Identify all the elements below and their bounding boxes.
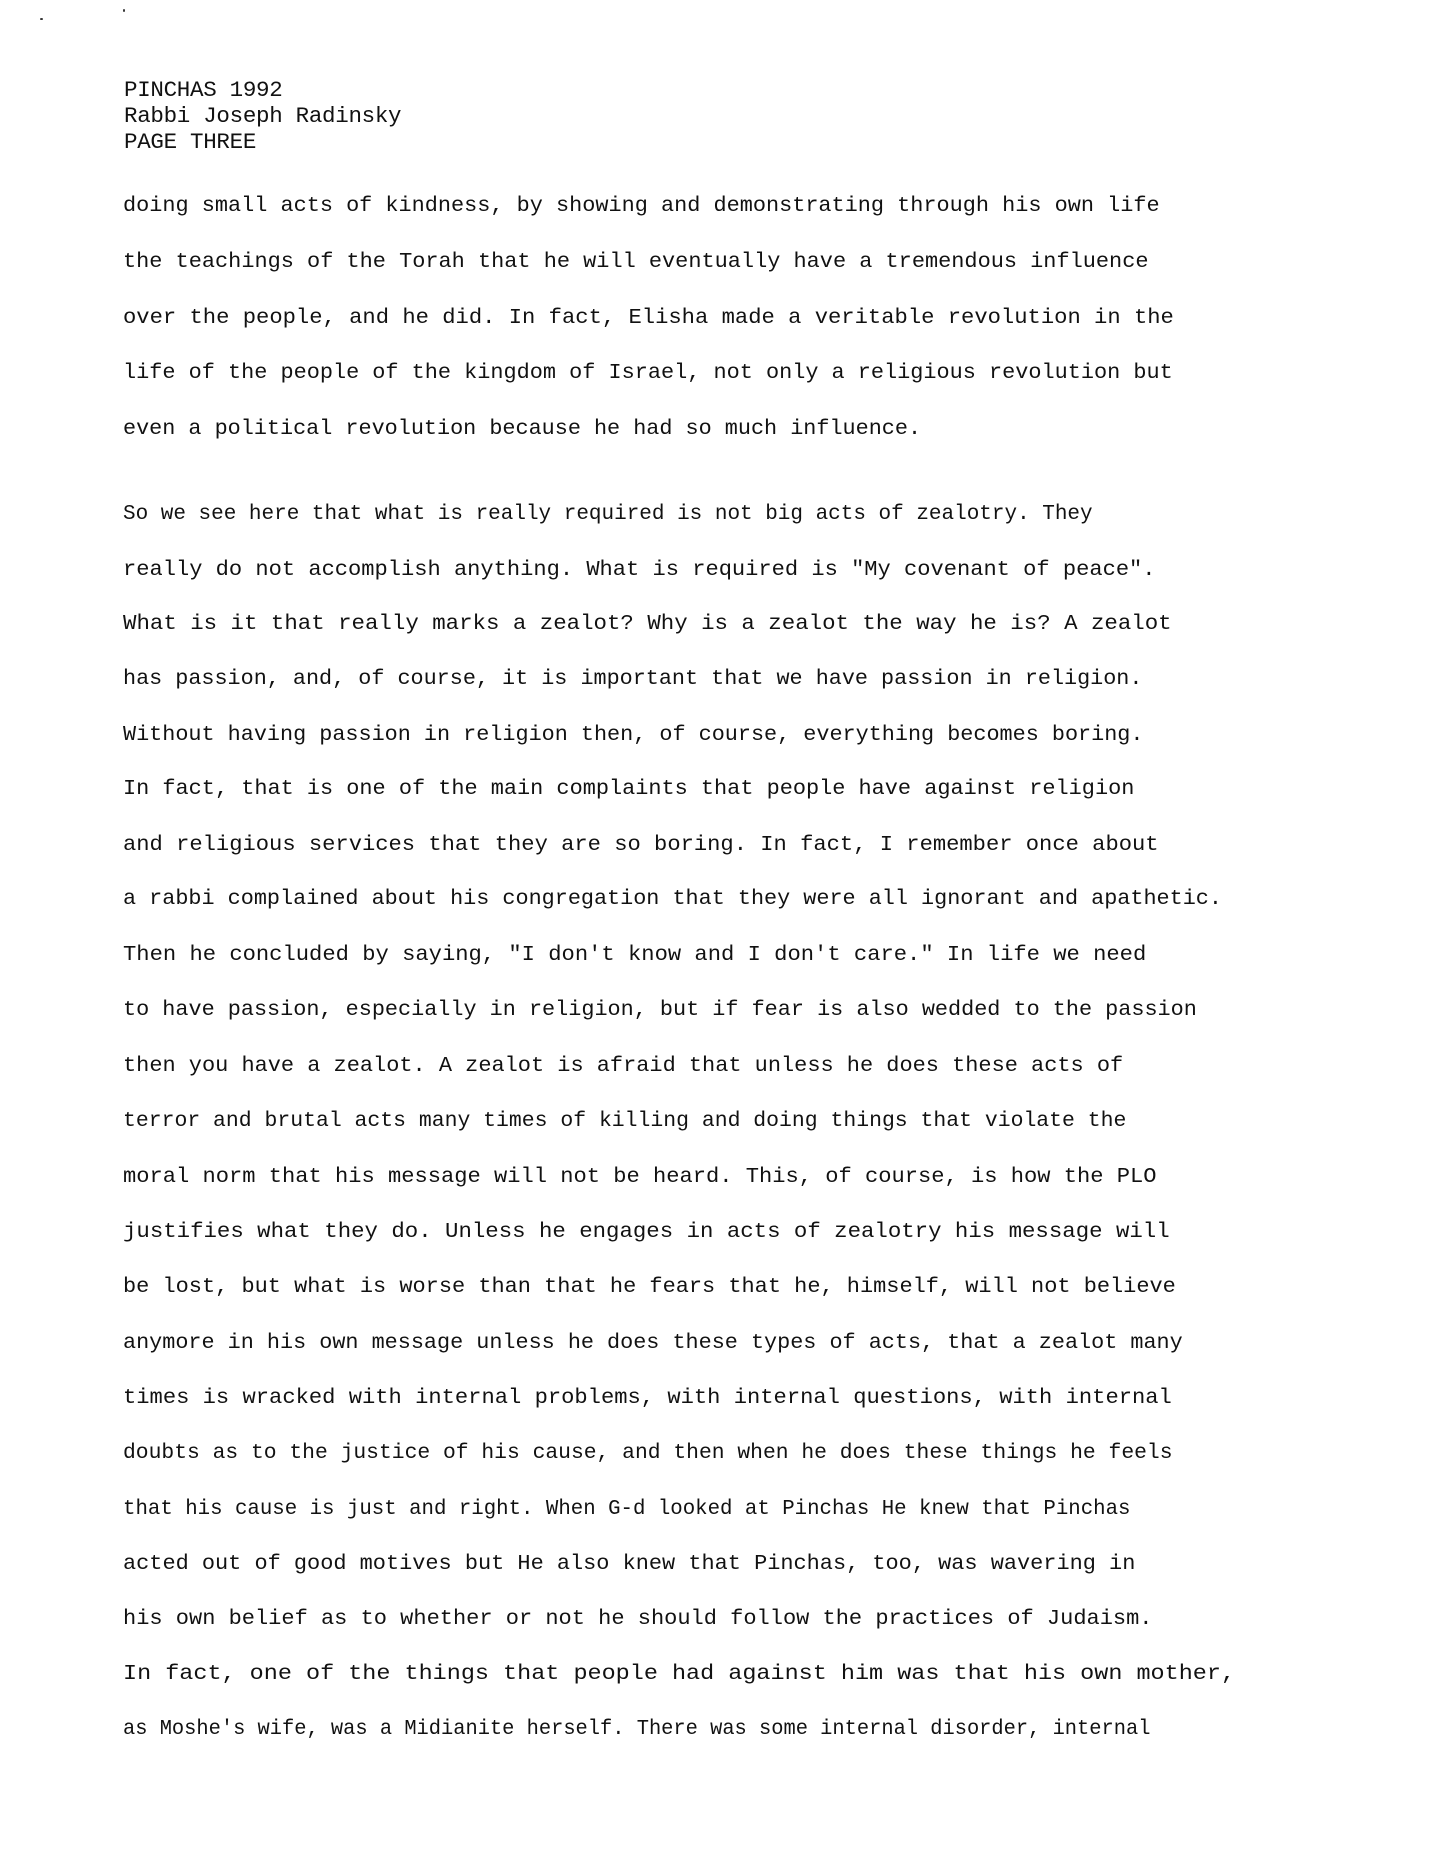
text-line: be lost, but what is worse than that he … xyxy=(123,1274,1176,1300)
text-line: In fact, one of the things that people h… xyxy=(123,1661,1235,1687)
text-line: life of the people of the kingdom of Isr… xyxy=(123,360,1173,386)
text-line: really do not accomplish anything. What … xyxy=(123,557,1156,583)
text-line: acted out of good motives but He also kn… xyxy=(123,1551,1135,1577)
document-page: PINCHAS 1992 Rabbi Joseph Radinsky PAGE … xyxy=(0,0,1430,1851)
text-line: then you have a zealot. A zealot is afra… xyxy=(123,1053,1123,1079)
text-line: What is it that really marks a zealot? W… xyxy=(123,611,1172,637)
text-line: Without having passion in religion then,… xyxy=(123,722,1143,748)
text-line: Then he concluded by saying, "I don't kn… xyxy=(123,942,1146,968)
text-line: his own belief as to whether or not he s… xyxy=(123,1606,1153,1632)
text-line: doubts as to the justice of his cause, a… xyxy=(123,1440,1173,1466)
text-line: anymore in his own message unless he doe… xyxy=(123,1330,1183,1356)
text-line: that his cause is just and right. When G… xyxy=(123,1496,1130,1522)
text-line: In fact, that is one of the main complai… xyxy=(123,776,1134,802)
text-line: a rabbi complained about his congregatio… xyxy=(123,886,1222,912)
text-line: terror and brutal acts many times of kil… xyxy=(123,1108,1126,1134)
document-title: PINCHAS 1992 xyxy=(124,77,401,103)
text-line: has passion, and, of course, it is impor… xyxy=(123,666,1142,692)
text-line: times is wracked with internal problems,… xyxy=(123,1385,1172,1411)
scan-speck xyxy=(40,18,43,20)
text-line: doing small acts of kindness, by showing… xyxy=(123,193,1160,219)
scan-speck xyxy=(123,9,125,12)
text-line: moral norm that his message will not be … xyxy=(123,1164,1157,1190)
text-line: even a political revolution because he h… xyxy=(123,416,921,442)
document-header: PINCHAS 1992 Rabbi Joseph Radinsky PAGE … xyxy=(124,77,401,155)
text-line: So we see here that what is really requi… xyxy=(123,501,1093,527)
text-line: over the people, and he did. In fact, El… xyxy=(123,305,1174,331)
document-author: Rabbi Joseph Radinsky xyxy=(124,103,401,129)
text-line: the teachings of the Torah that he will … xyxy=(123,249,1148,275)
text-line: as Moshe's wife, was a Midianite herself… xyxy=(123,1716,1150,1742)
text-line: to have passion, especially in religion,… xyxy=(123,997,1197,1023)
text-line: justifies what they do. Unless he engage… xyxy=(123,1219,1170,1245)
text-line: and religious services that they are so … xyxy=(123,832,1159,858)
page-label: PAGE THREE xyxy=(124,129,401,155)
